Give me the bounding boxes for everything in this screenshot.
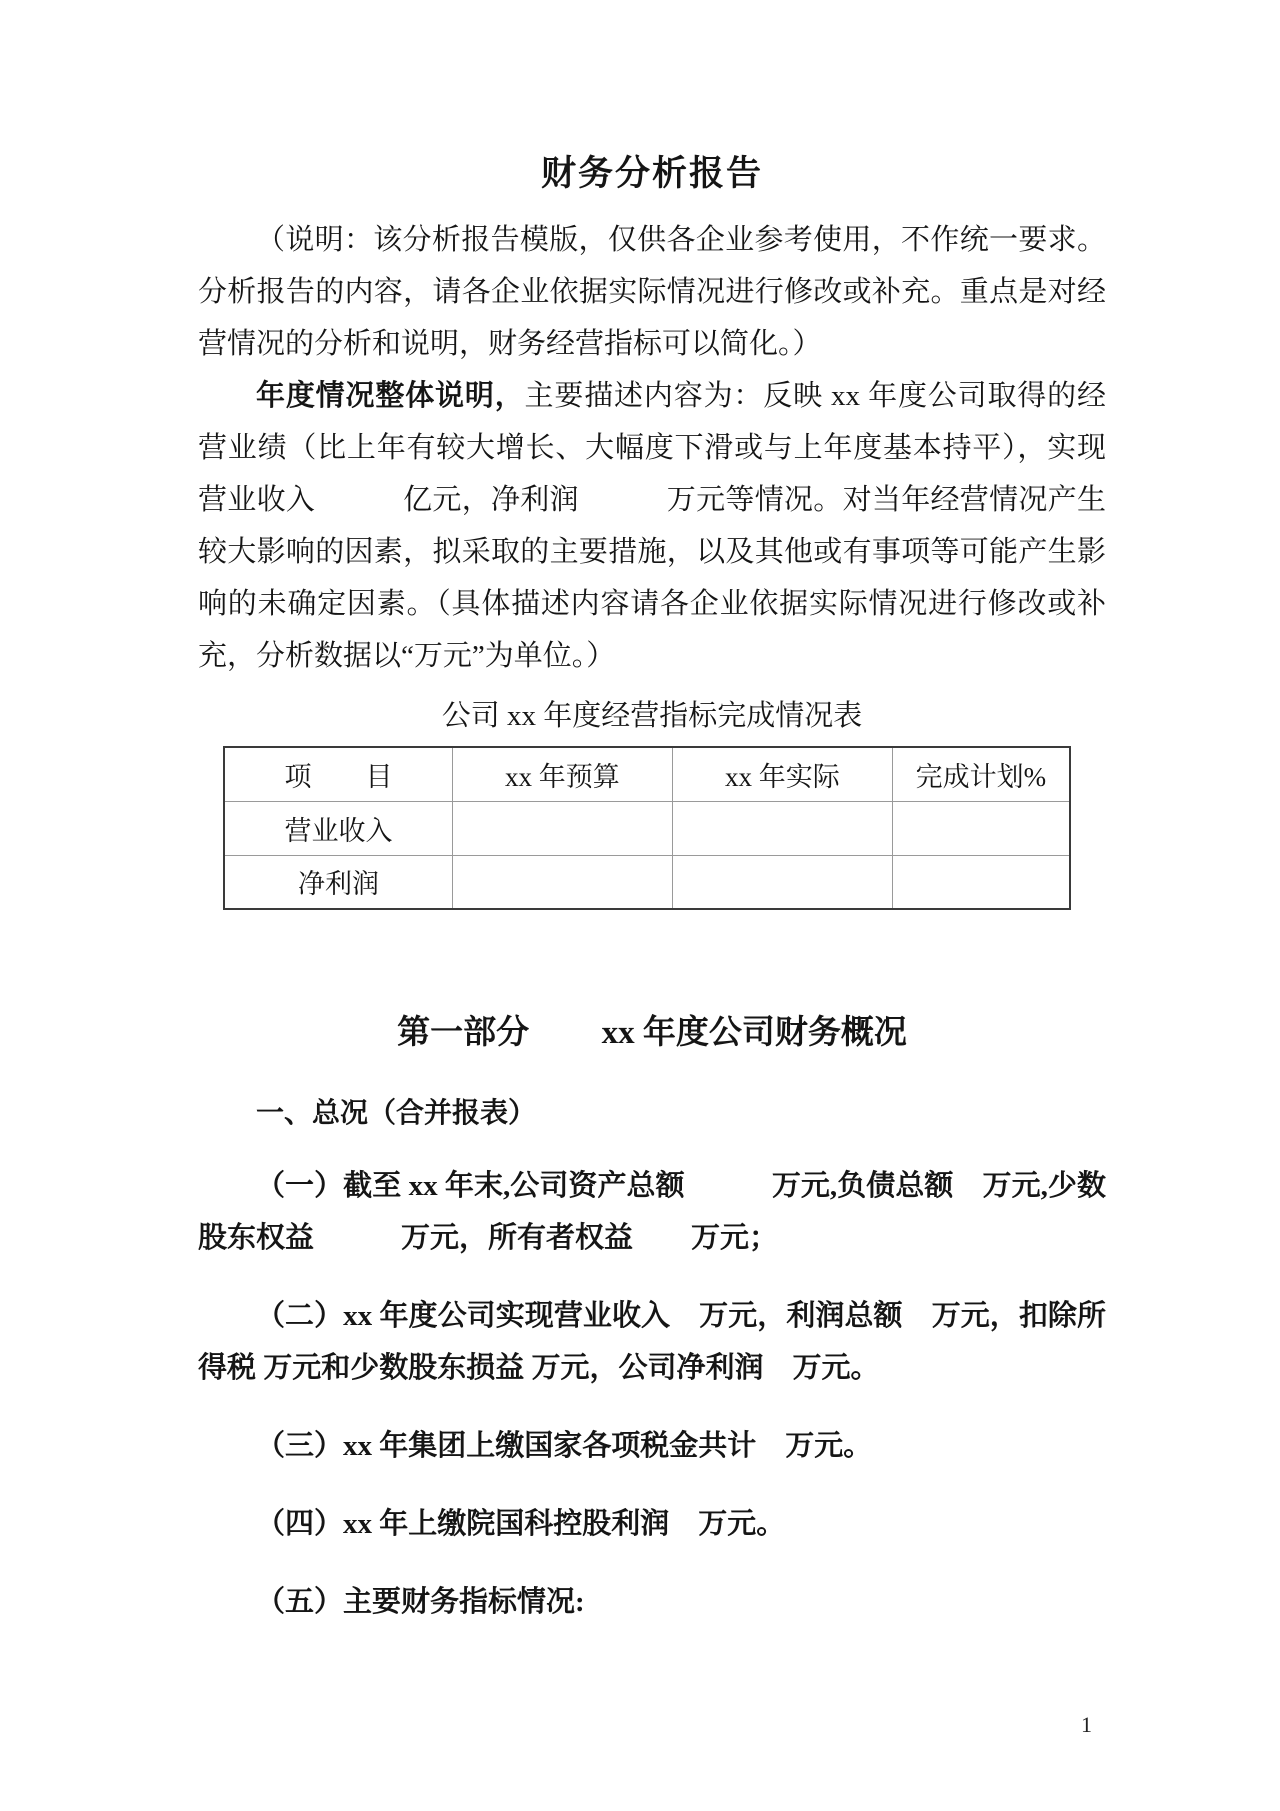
document-page: 财务分析报告 （说明：该分析报告模版，仅供各企业参考使用，不作统一要求。分析报告… bbox=[0, 0, 1280, 1811]
page-number: 1 bbox=[1081, 1712, 1092, 1738]
part1-item-5: （五）主要财务指标情况: bbox=[198, 1576, 1106, 1628]
header-cell-percent: 完成计划% bbox=[892, 747, 1070, 801]
header-cell-item: 项 目 bbox=[224, 747, 452, 801]
part1-heading: 第一部分xx 年度公司财务概况 bbox=[198, 1010, 1106, 1056]
part1-label: 第一部分 bbox=[397, 1015, 529, 1051]
table-row: 净利润 bbox=[224, 855, 1070, 909]
document-title: 财务分析报告 bbox=[198, 150, 1106, 198]
header-cell-actual: xx 年实际 bbox=[672, 747, 892, 801]
row-label-revenue: 营业收入 bbox=[224, 801, 452, 855]
revenue-budget-cell bbox=[452, 801, 672, 855]
part1-item-2: （二）xx 年度公司实现营业收入 万元，利润总额 万元，扣除所得税 万元和少数股… bbox=[198, 1290, 1106, 1394]
kpi-table-header-row: 项 目 xx 年预算 xx 年实际 完成计划% bbox=[224, 747, 1070, 801]
row-label-net-profit: 净利润 bbox=[224, 855, 452, 909]
document-content: 财务分析报告 （说明：该分析报告模版，仅供各企业参考使用，不作统一要求。分析报告… bbox=[198, 0, 1106, 1628]
net-profit-percent-cell bbox=[892, 855, 1070, 909]
net-profit-actual-cell bbox=[672, 855, 892, 909]
table-row: 营业收入 bbox=[224, 801, 1070, 855]
overview-lead-text: 年度情况整体说明， bbox=[256, 380, 525, 412]
revenue-actual-cell bbox=[672, 801, 892, 855]
part1-title: xx 年度公司财务概况 bbox=[602, 1015, 907, 1051]
kpi-table: 项 目 xx 年预算 xx 年实际 完成计划% 营业收入 净利润 bbox=[223, 746, 1071, 910]
part1-item-4: （四）xx 年上缴院国科控股利润 万元。 bbox=[198, 1498, 1106, 1550]
net-profit-budget-cell bbox=[452, 855, 672, 909]
header-cell-budget: xx 年预算 bbox=[452, 747, 672, 801]
revenue-percent-cell bbox=[892, 801, 1070, 855]
overview-paragraph: 年度情况整体说明，主要描述内容为：反映 xx 年度公司取得的经营业绩（比上年有较… bbox=[198, 370, 1106, 682]
part1-item-1: （一）截至 xx 年末,公司资产总额 万元,负债总额 万元,少数股东权益 万元，… bbox=[198, 1160, 1106, 1264]
overview-body-text: 主要描述内容为：反映 xx 年度公司取得的经营业绩（比上年有较大增长、大幅度下滑… bbox=[198, 380, 1106, 672]
kpi-table-caption: 公司 xx 年度经营指标完成情况表 bbox=[198, 696, 1106, 736]
part1-item-3: （三）xx 年集团上缴国家各项税金共计 万元。 bbox=[198, 1420, 1106, 1472]
intro-note-paragraph: （说明：该分析报告模版，仅供各企业参考使用，不作统一要求。分析报告的内容，请各企… bbox=[198, 214, 1106, 370]
section-heading-overview: 一、总况（合并报表） bbox=[198, 1092, 1106, 1134]
